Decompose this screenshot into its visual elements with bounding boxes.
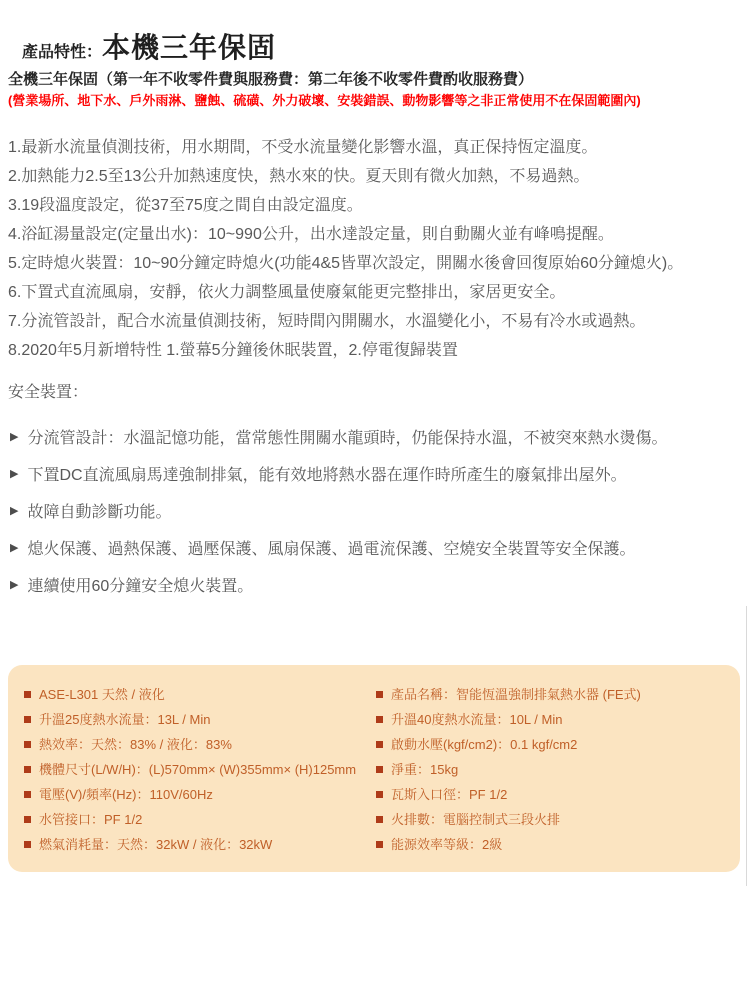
spec-row-text: 熱效率：天然：83% / 液化：83% — [39, 736, 232, 753]
spec-row-text: ASE-L301 天然 / 液化 — [39, 686, 165, 703]
square-bullet-icon — [376, 766, 383, 773]
safety-item: ▶ 分流管設計：水溫記憶功能，當常態性開關水龍頭時，仍能保持水溫，不被突來熱水燙… — [10, 424, 750, 453]
spec-row: 電壓(V)/頻率(Hz)：110V/60Hz — [24, 786, 376, 811]
spec-column-left: ASE-L301 天然 / 液化 升溫25度熱水流量：13L / Min 熱效率… — [24, 686, 376, 861]
spec-row: 燃氣消耗量：天然：32kW / 液化：32kW — [24, 836, 376, 861]
spec-row-text: 啟動水壓(kgf/cm2)：0.1 kgf/cm2 — [391, 736, 577, 753]
feature-list-item: 4.浴缸湯量設定(定量出水)：10~990公升，出水達設定量，則自動關火並有峰鳴… — [8, 220, 750, 249]
square-bullet-icon — [24, 816, 31, 823]
safety-item-list: ▶ 分流管設計：水溫記憶功能，當常態性開關水龍頭時，仍能保持水溫，不被突來熱水燙… — [8, 424, 750, 601]
spec-row: 火排數：電腦控制式三段火排 — [376, 811, 726, 836]
square-bullet-icon — [24, 791, 31, 798]
warranty-subtitle: 全機三年保固（第一年不收零件費與服務費：第二年後不收零件費酌收服務費） — [8, 70, 742, 90]
spec-row: 機體尺寸(L/W/H)：(L)570mm× (W)355mm× (H)125mm — [24, 761, 376, 786]
page-title-main: 本機三年保固 — [102, 26, 276, 66]
square-bullet-icon — [376, 791, 383, 798]
square-bullet-icon — [24, 766, 31, 773]
safety-item-text: 故障自動診斷功能。 — [27, 498, 171, 527]
spec-row-text: 升溫25度熱水流量：13L / Min — [39, 711, 210, 728]
square-bullet-icon — [24, 716, 31, 723]
feature-list-item: 8.2020年5月新增特性 1.螢幕5分鐘後休眠裝置，2.停電復歸裝置 — [8, 336, 750, 365]
spec-row: ASE-L301 天然 / 液化 — [24, 686, 376, 711]
spec-row: 啟動水壓(kgf/cm2)：0.1 kgf/cm2 — [376, 736, 726, 761]
spec-row-text: 能源效率等級：2級 — [391, 836, 502, 853]
spec-row-text: 產品名稱：智能恆溫強制排氣熱水器 (FE式) — [391, 686, 641, 703]
spec-row-text: 淨重：15kg — [391, 761, 458, 778]
spec-row: 水管接口：PF 1/2 — [24, 811, 376, 836]
safety-section: 安全裝置： ▶ 分流管設計：水溫記憶功能，當常態性開關水龍頭時，仍能保持水溫，不… — [8, 379, 750, 601]
safety-item-text: 下置DC直流風扇馬達強制排氣，能有效地將熱水器在運作時所產生的廢氣排出屋外。 — [27, 461, 626, 490]
warranty-exclusion-note: (營業場所、地下水、戶外雨淋、鹽蝕、硫磺、外力破壞、安裝錯誤、動物影響等之非正常… — [8, 92, 742, 109]
spec-row-text: 燃氣消耗量：天然：32kW / 液化：32kW — [39, 836, 272, 853]
triangle-bullet-icon: ▶ — [10, 534, 18, 563]
feature-list-item: 7.分流管設計，配合水流量偵測技術，短時間內開關水，水溫變化小，不易有冷水或過熱… — [8, 307, 750, 336]
feature-list-item: 2.加熱能力2.5至13公升加熱速度快，熱水來的快。夏天則有微火加熱，不易過熱。 — [8, 162, 750, 191]
feature-list-item: 6.下置式直流風扇，安靜，依火力調整風量使廢氣能更完整排出，家居更安全。 — [8, 278, 750, 307]
spec-row-text: 水管接口：PF 1/2 — [39, 811, 142, 828]
page-title: 產品特性： 本機三年保固 — [8, 26, 742, 66]
spec-summary-box: ASE-L301 天然 / 液化 升溫25度熱水流量：13L / Min 熱效率… — [8, 665, 740, 872]
square-bullet-icon — [376, 716, 383, 723]
spec-row: 淨重：15kg — [376, 761, 726, 786]
warranty-header: 產品特性： 本機三年保固 全機三年保固（第一年不收零件費與服務費：第二年後不收零… — [0, 0, 750, 109]
spec-row-text: 瓦斯入口徑：PF 1/2 — [391, 786, 507, 803]
triangle-bullet-icon: ▶ — [10, 460, 18, 489]
triangle-bullet-icon: ▶ — [10, 497, 18, 526]
spec-row-text: 火排數：電腦控制式三段火排 — [391, 811, 560, 828]
safety-item-text: 連續使用60分鐘安全熄火裝置。 — [27, 572, 253, 601]
square-bullet-icon — [376, 691, 383, 698]
spec-row-text: 機體尺寸(L/W/H)：(L)570mm× (W)355mm× (H)125mm — [39, 761, 356, 778]
safety-item: ▶ 連續使用60分鐘安全熄火裝置。 — [10, 572, 750, 601]
feature-list-item: 5.定時熄火裝置：10~90分鐘定時熄火(功能4&5皆單次設定，開關水後會回復原… — [8, 249, 750, 278]
safety-section-heading: 安全裝置： — [8, 379, 750, 402]
spec-row: 升溫25度熱水流量：13L / Min — [24, 711, 376, 736]
triangle-bullet-icon: ▶ — [10, 423, 18, 452]
safety-item: ▶ 熄火保護、過熱保護、過壓保護、風扇保護、過電流保護、空燒安全裝置等安全保護。 — [10, 535, 750, 564]
safety-item-text: 熄火保護、過熱保護、過壓保護、風扇保護、過電流保護、空燒安全裝置等安全保護。 — [27, 535, 635, 564]
triangle-bullet-icon: ▶ — [10, 571, 18, 600]
spec-row: 瓦斯入口徑：PF 1/2 — [376, 786, 726, 811]
spec-row-text: 升溫40度熱水流量：10L / Min — [391, 711, 562, 728]
page-title-prefix: 產品特性： — [22, 39, 102, 62]
spec-row: 產品名稱：智能恆溫強制排氣熱水器 (FE式) — [376, 686, 726, 711]
square-bullet-icon — [376, 841, 383, 848]
spec-column-right: 產品名稱：智能恆溫強制排氣熱水器 (FE式) 升溫40度熱水流量：10L / M… — [376, 686, 726, 861]
safety-item: ▶ 下置DC直流風扇馬達強制排氣，能有效地將熱水器在運作時所產生的廢氣排出屋外。 — [10, 461, 750, 490]
feature-list-item: 1.最新水流量偵測技術，用水期間，不受水流量變化影響水溫，真正保持恆定溫度。 — [8, 133, 750, 162]
square-bullet-icon — [376, 741, 383, 748]
feature-list-item: 3.19段溫度設定，從37至75度之間自由設定溫度。 — [8, 191, 750, 220]
square-bullet-icon — [24, 691, 31, 698]
spec-row: 能源效率等級：2級 — [376, 836, 726, 861]
container-edge-line — [746, 606, 747, 886]
spec-row: 升溫40度熱水流量：10L / Min — [376, 711, 726, 736]
spec-row: 熱效率：天然：83% / 液化：83% — [24, 736, 376, 761]
spec-row-text: 電壓(V)/頻率(Hz)：110V/60Hz — [39, 786, 213, 803]
square-bullet-icon — [376, 816, 383, 823]
safety-item-text: 分流管設計：水溫記憶功能，當常態性開關水龍頭時，仍能保持水溫，不被突來熱水燙傷。 — [27, 424, 667, 453]
square-bullet-icon — [24, 841, 31, 848]
spec-grid: ASE-L301 天然 / 液化 升溫25度熱水流量：13L / Min 熱效率… — [24, 686, 726, 861]
safety-item: ▶ 故障自動診斷功能。 — [10, 498, 750, 527]
product-detail-page: 產品特性： 本機三年保固 全機三年保固（第一年不收零件費與服務費：第二年後不收零… — [0, 0, 750, 1000]
feature-list: 1.最新水流量偵測技術，用水期間，不受水流量變化影響水溫，真正保持恆定溫度。 2… — [8, 133, 750, 365]
square-bullet-icon — [24, 741, 31, 748]
